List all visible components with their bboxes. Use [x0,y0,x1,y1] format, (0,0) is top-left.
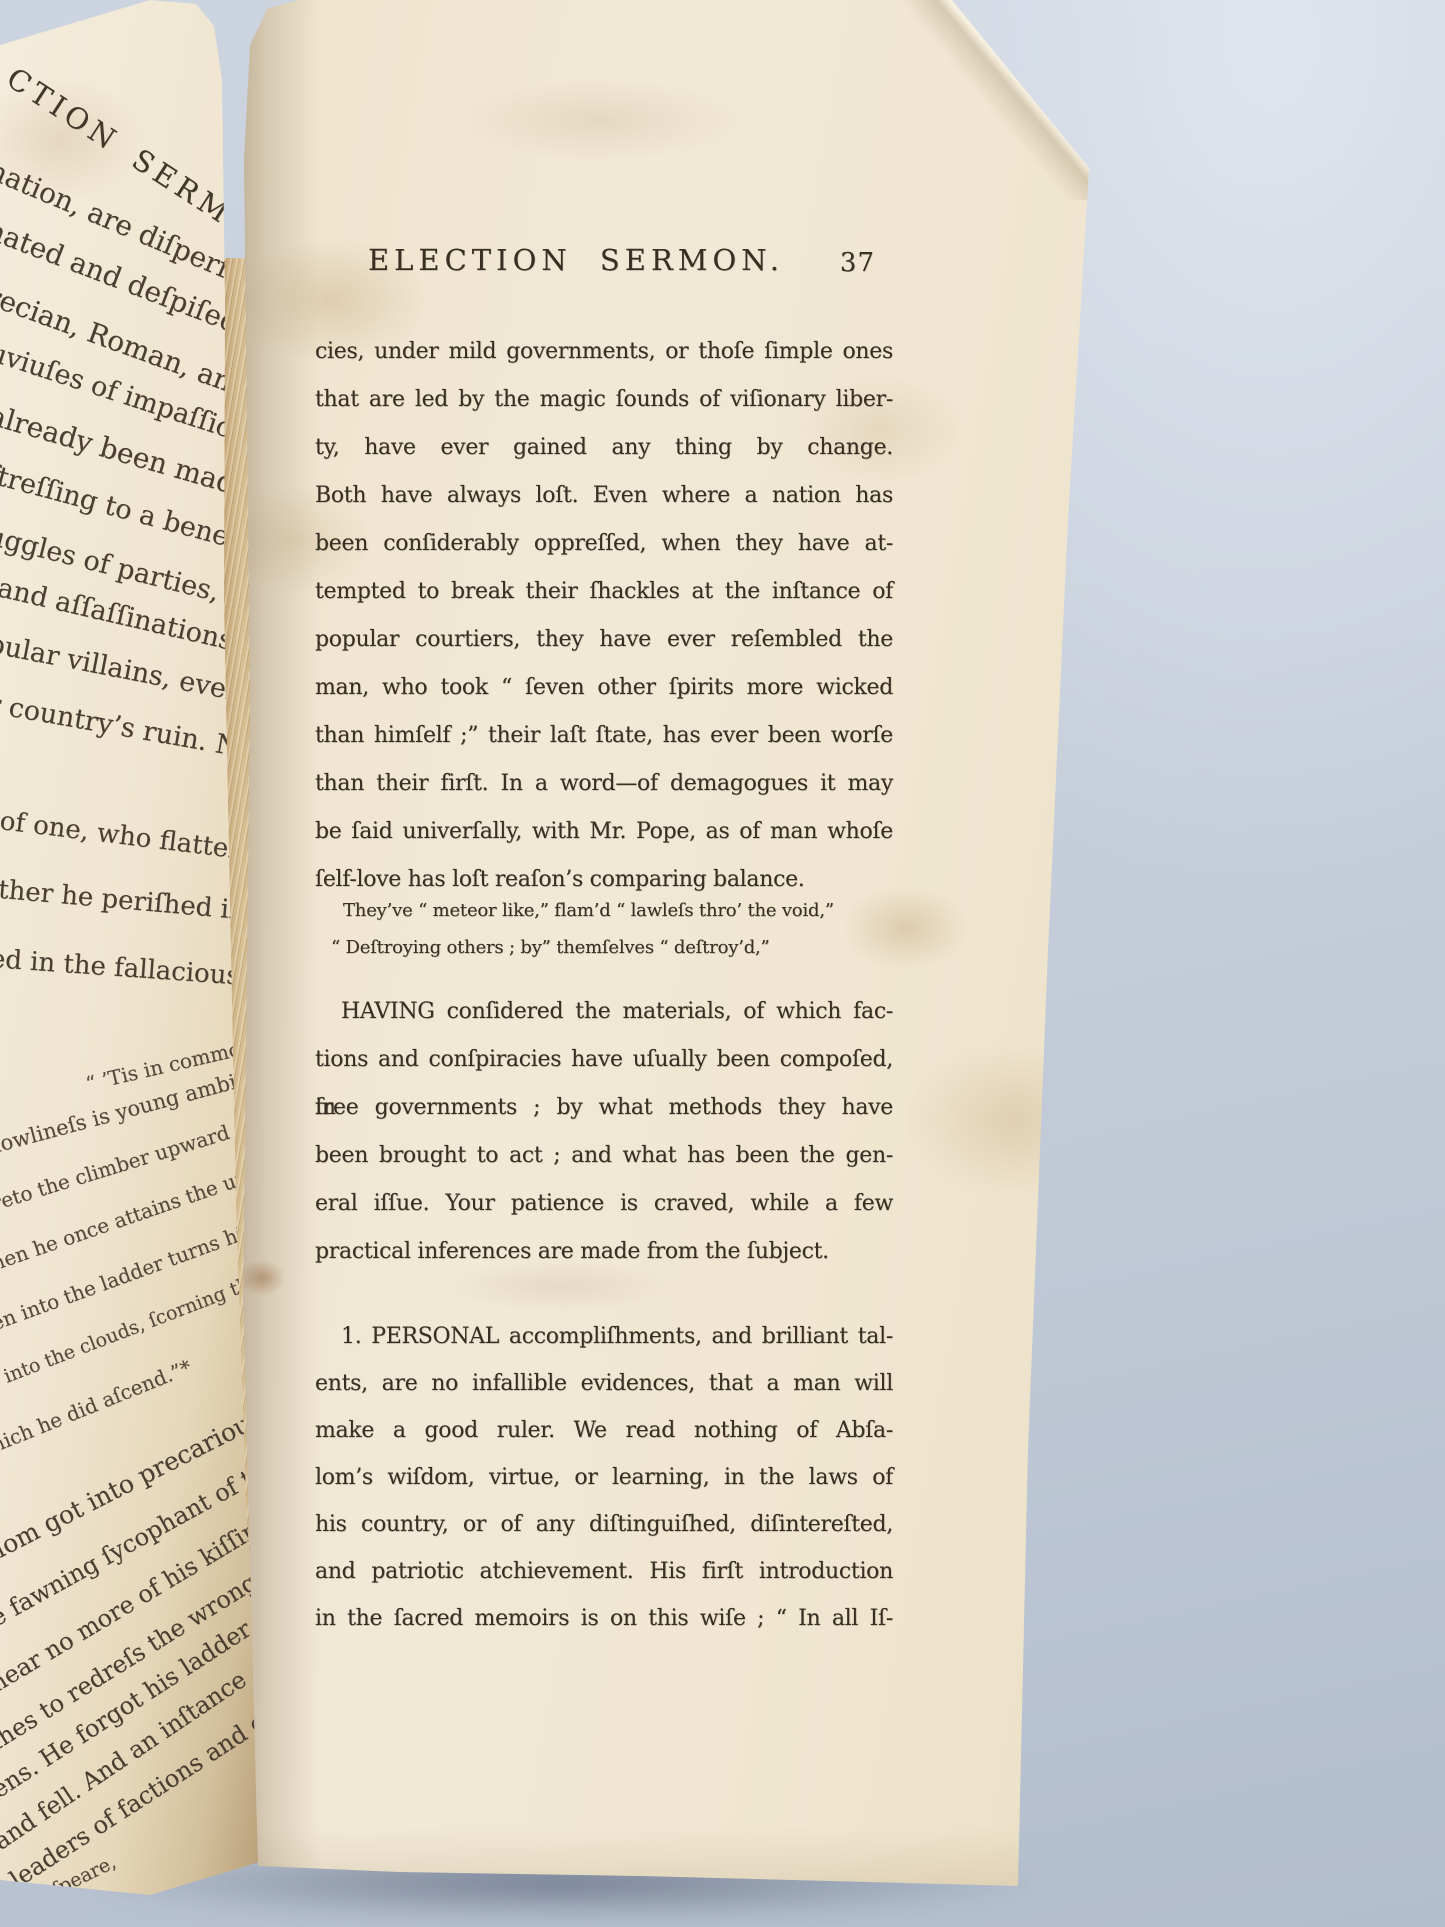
text-line: been conſiderably oppreſſed, when they h… [315,520,893,568]
book-photo: CTION SERMON.nation, are diſperſed throu… [0,0,1445,1927]
text-line: tions and conſpiracies have uſually been… [315,1036,893,1084]
text-line: practical inferences are made from the ſ… [315,1228,893,1276]
corner-crease [900,0,1140,200]
text-line: and patriotic atchievement. His firſt in… [315,1548,893,1595]
text-line: 1. PERSONAL accompliſhments, and brillia… [315,1313,893,1360]
text-line: make a good ruler. We read nothing of Ab… [315,1407,893,1454]
paragraph-1: cies, under mild governments, or thoſe ſ… [315,328,893,904]
text-line: in the ſacred memoirs is on this wiſe ; … [315,1595,893,1642]
text-line: his country, or of any diſtinguiſhed, di… [315,1501,893,1548]
verse-line: They’ve “ meteor like,” flam’d “ lawleſs… [315,892,893,929]
text-line: eral iſſue. Your patience is craved, whi… [315,1180,893,1228]
text-line: popular courtiers, they have ever reſemb… [315,616,893,664]
verse-couplet: They’ve “ meteor like,” flam’d “ lawleſs… [315,892,893,966]
text-line: be ſaid univerſally, with Mr. Pope, as o… [315,808,893,856]
text-line: ents, are no infallible evidences, that … [315,1360,893,1407]
verse-line: “ Deſtroying others ; by” themſelves “ d… [315,929,893,966]
text-line: than their firſt. In a word—of demagogue… [315,760,893,808]
text-line: lom’s wiſdom, virtue, or learning, in th… [315,1454,893,1501]
text-line: tempted to break their ſhackles at the i… [315,568,893,616]
page-number: 37 [840,248,875,278]
paragraph-2: HAVING conſidered the materials, of whic… [315,988,893,1276]
text-line: been brought to act ; and what has been … [315,1132,893,1180]
running-header: ELECTION SERMON. 37 [315,243,893,283]
paragraph-3: 1. PERSONAL accompliſhments, and brillia… [315,1313,893,1642]
text-line: that are led by the magic ſounds of viſi… [315,376,893,424]
text-line: ty, have ever gained any thing by change… [315,424,893,472]
text-line: man, who took “ ſeven other ſpirits more… [315,664,893,712]
text-line: HAVING conſidered the materials, of whic… [315,988,893,1036]
page-header-title: ELECTION SERMON. [315,243,893,277]
text-line: Both have always loſt. Even where a nati… [315,472,893,520]
text-line: than himſelf ;” their laſt ſtate, has ev… [315,712,893,760]
text-line: free governments ; by what methods they … [315,1084,893,1132]
text-line: cies, under mild governments, or thoſe ſ… [315,328,893,376]
